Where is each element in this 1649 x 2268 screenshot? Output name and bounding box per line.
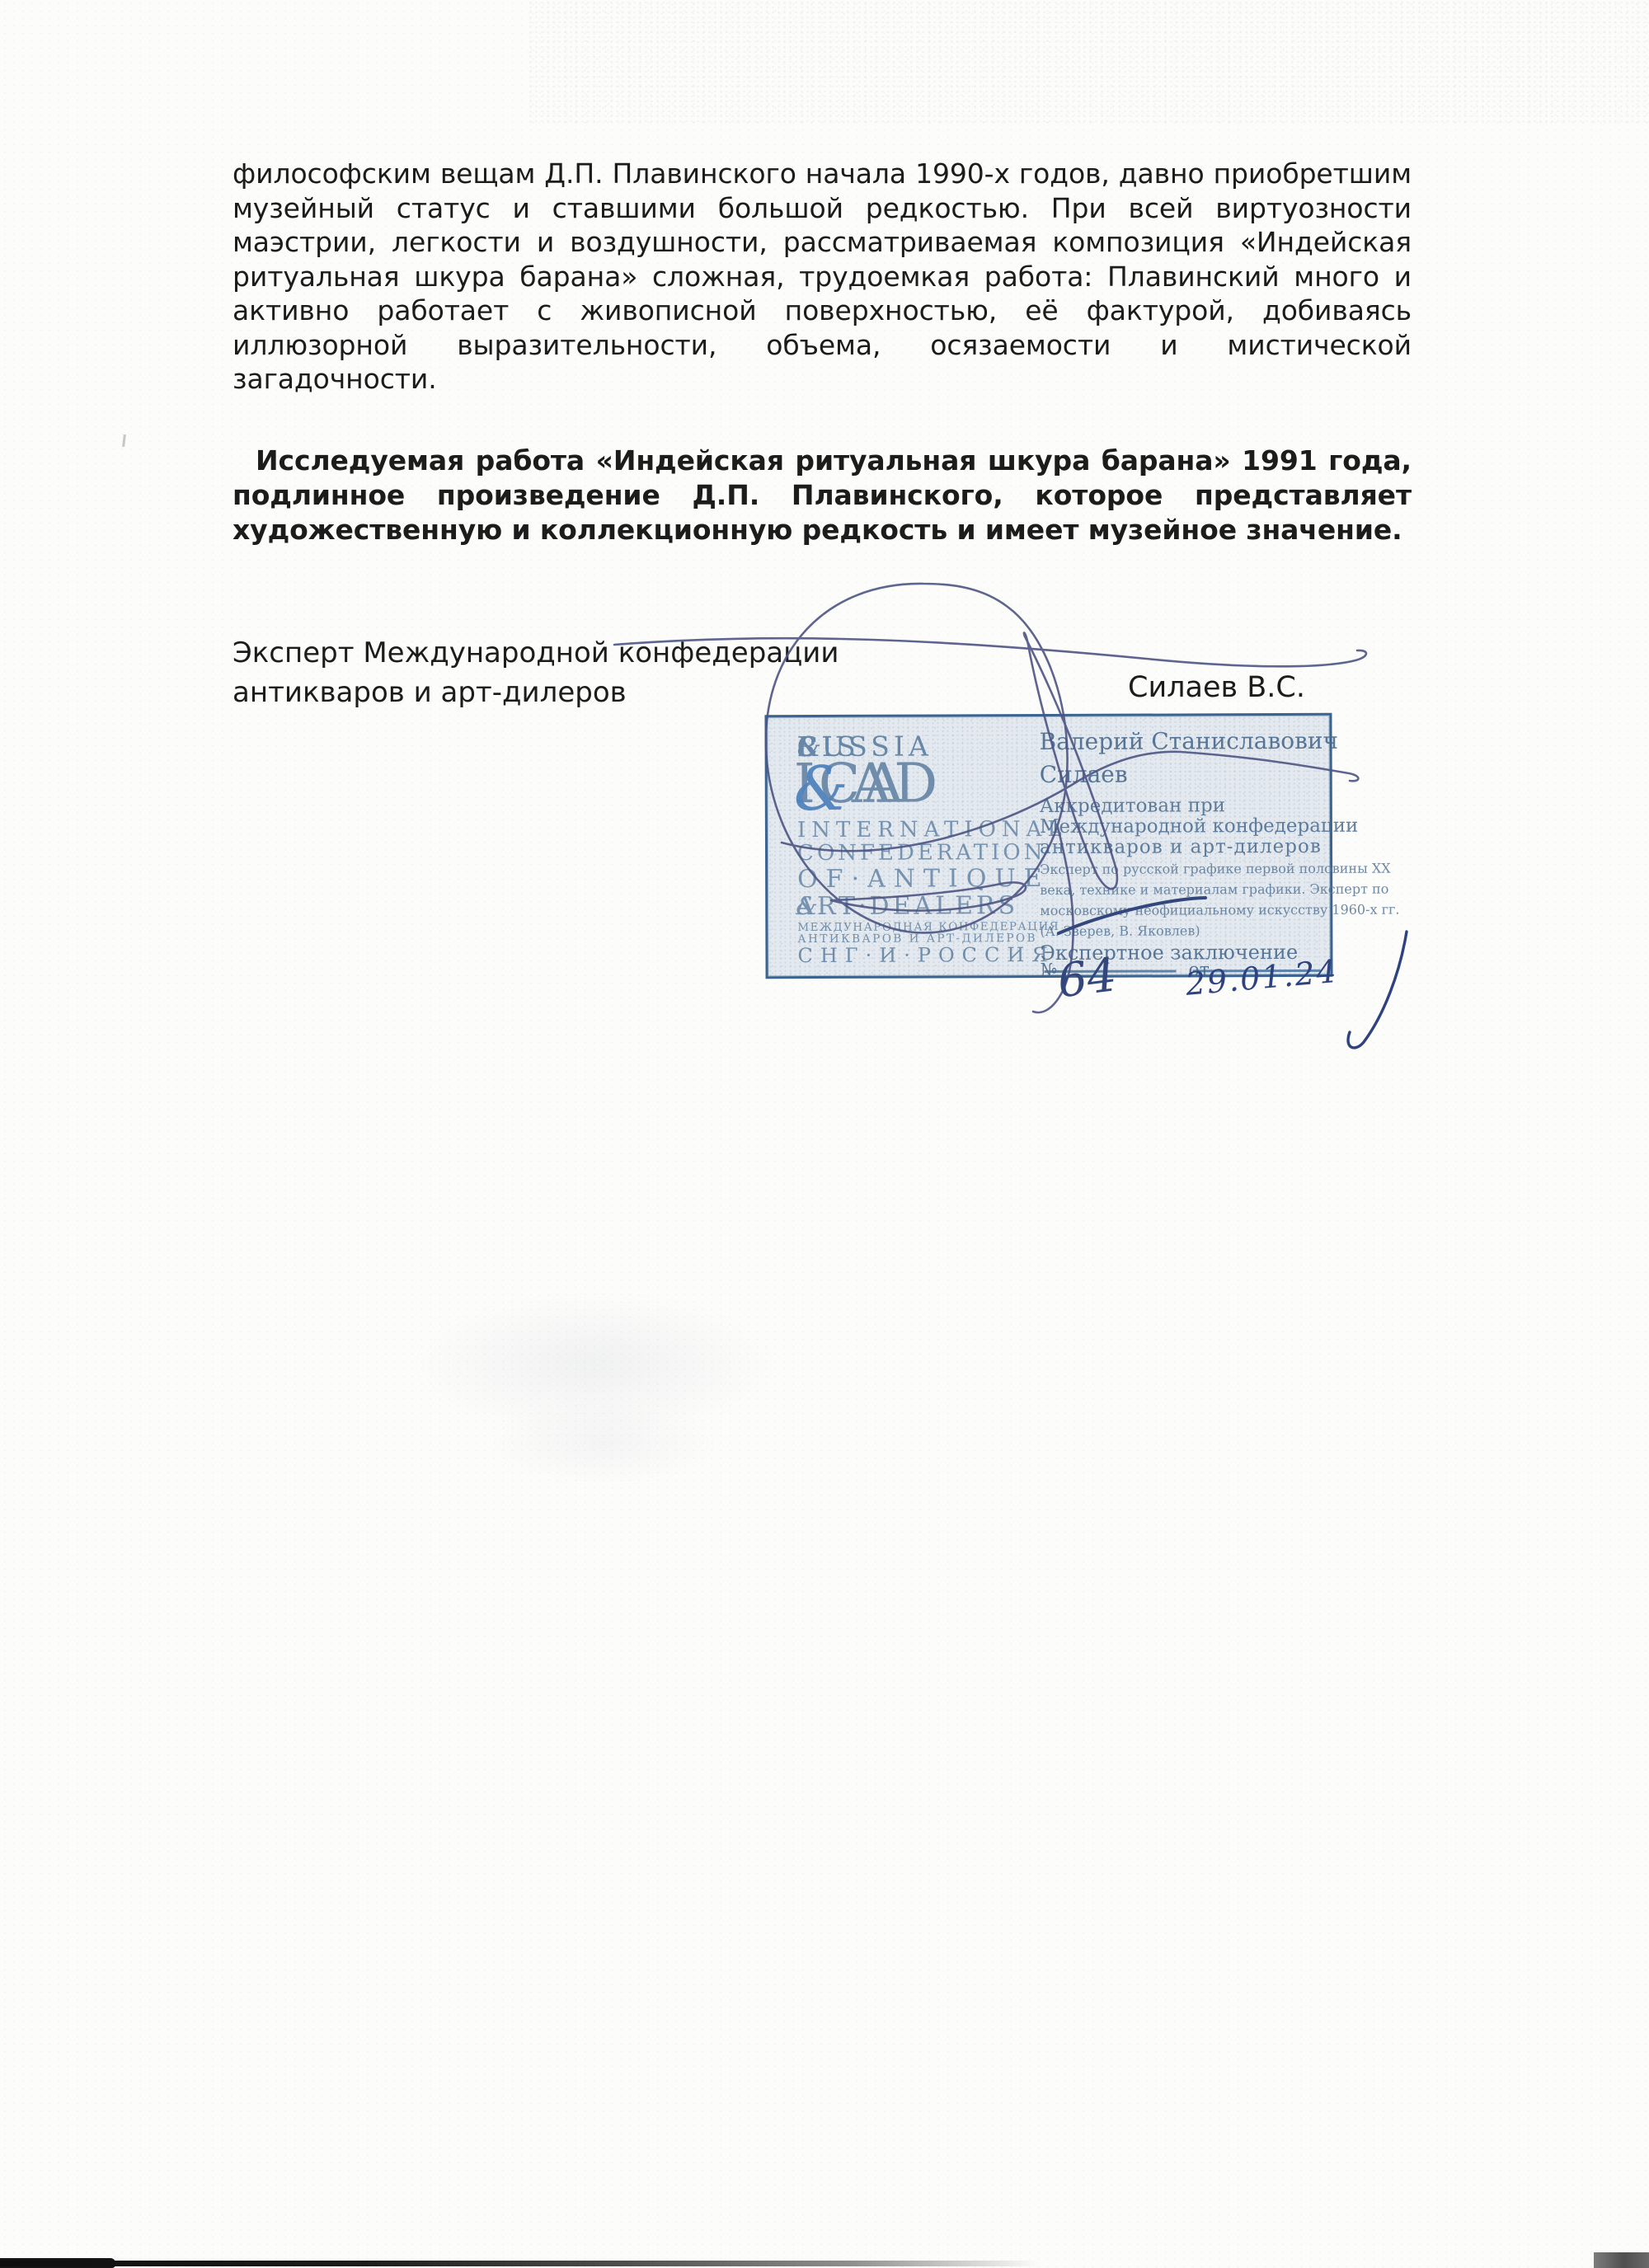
handwritten-date: 29.01.24 (1183, 953, 1339, 1003)
scan-artifact-corner-block (1594, 2252, 1649, 2268)
scan-artifact-bottom-line (0, 2261, 1039, 2266)
number-flourish (1056, 897, 1207, 933)
scan-artifact-mark (122, 434, 126, 447)
body-paragraph-2-bold: Исследуемая работа «Индейская ритуальная… (233, 444, 1412, 547)
scanned-expertise-document: философским вещам Д.П. Плавинского начал… (0, 0, 1649, 2268)
scan-artifact-top-band (528, 0, 1649, 124)
date-flourish-tail (1348, 932, 1407, 1048)
signature-stroke (614, 638, 1366, 666)
body-paragraph-1: философским вещам Д.П. Плавинского начал… (233, 157, 1412, 397)
signature-flourish (831, 882, 1026, 910)
expert-title-line-2: антикваров и арт-дилеров (233, 676, 627, 709)
scan-smudge (486, 1402, 717, 1484)
signature-loop (766, 584, 1068, 932)
handwritten-signature-ink: 64 29.01.24 (577, 561, 1451, 1072)
handwritten-number: 64 (1055, 948, 1120, 1008)
signature-loop-narrow (1024, 632, 1117, 889)
handwritten-date-group: 29.01.24 (1183, 953, 1339, 1003)
